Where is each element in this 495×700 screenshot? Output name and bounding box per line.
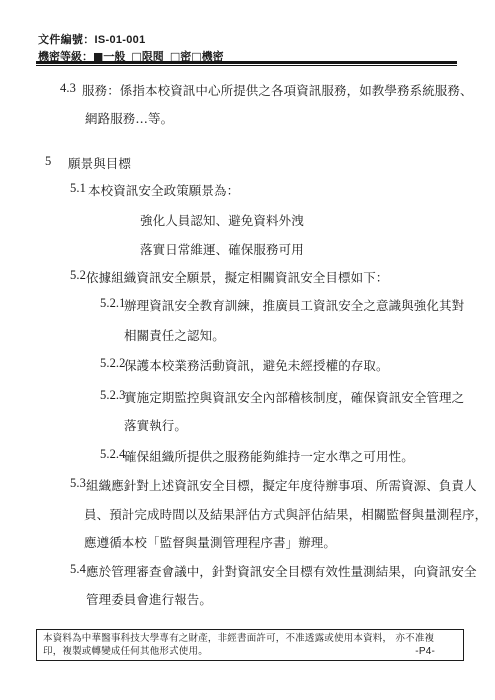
section-number: 5.3 — [70, 476, 86, 491]
header-divider-thin-line — [36, 65, 457, 66]
section-number: 5.2.4 — [100, 447, 126, 462]
body-text: 員、預計完成時間以及結果評估方式與評估結果，相關監督與量測程序， — [84, 505, 487, 523]
doc-number-value: IS-01-001 — [95, 34, 146, 46]
document-page: 文件編號：IS-01-001 機密等級：■一般□限閱□密□機密 4.3服務：係指… — [0, 0, 495, 700]
section-title: 願景與目標 — [68, 154, 131, 172]
section-number: 5.1 — [70, 181, 86, 196]
doc-number-line: 文件編號：IS-01-001 — [38, 31, 146, 47]
body-text: 辦理資訊安全教育訓練，推廣員工資訊安全之意識與強化其對 — [124, 296, 464, 314]
body-text: 組織應針對上述資訊安全目標，擬定年度待辦事項、所需資源、負責人 — [86, 476, 477, 494]
section-number: 5.2.3 — [100, 388, 126, 403]
body-text: 應遵循本校「監督與量測管理程序書」辦理。 — [84, 533, 336, 551]
body-text: 服務：係指本校資訊中心所提供之各項資訊服務，如教學務系統服務、 — [82, 81, 473, 99]
body-text: 管理委員會進行報告。 — [86, 590, 212, 608]
body-text: 保護本校業務活動資訊，避免未經授權的存取。 — [124, 356, 389, 374]
section-number: 5.2.2 — [100, 356, 126, 371]
body-text: 相關責任之認知。 — [124, 326, 225, 344]
section-number: 4.3 — [60, 81, 76, 96]
confidentiality-notice-line2: 印，複製或轉變成任何其他形式使用。 — [43, 645, 457, 658]
doc-number-label: 文件編號： — [38, 33, 95, 46]
section-number: 5.4 — [70, 562, 86, 577]
section-number: 5.2.1 — [100, 296, 126, 311]
vision-statement: 強化人員認知、避免資料外洩 — [140, 211, 304, 229]
body-text: 確保組織所提供之服務能夠維持一定水準之可用性。 — [124, 447, 414, 465]
body-text: 實施定期監控與資訊安全內部稽核制度，確保資訊安全管理之 — [124, 388, 464, 406]
confidentiality-notice-line1: 本資料為中華醫事科技大學專有之財產，非經書面許可，不准透露或使用本資料， 亦不准… — [43, 632, 457, 645]
section-number: 5 — [45, 154, 51, 169]
page-number: -P4- — [415, 645, 435, 658]
vision-statement: 落實日常維運、確保服務可用 — [140, 240, 304, 258]
header-divider — [36, 61, 457, 66]
body-text: 應於管理審查會議中，針對資訊安全目標有效性量測結果，向資訊安全 — [86, 562, 477, 580]
confidentiality-notice-box: 本資料為中華醫事科技大學專有之財產，非經書面許可，不准透露或使用本資料， 亦不准… — [36, 629, 464, 661]
body-text: 網路服務…等。 — [85, 109, 173, 127]
section-number: 5.2 — [70, 268, 86, 283]
body-text: 落實執行。 — [124, 416, 187, 434]
body-text: 依據組織資訊安全願景，擬定相關資訊安全目標如下： — [86, 268, 388, 286]
body-text: 本校資訊安全政策願景為： — [88, 181, 239, 199]
